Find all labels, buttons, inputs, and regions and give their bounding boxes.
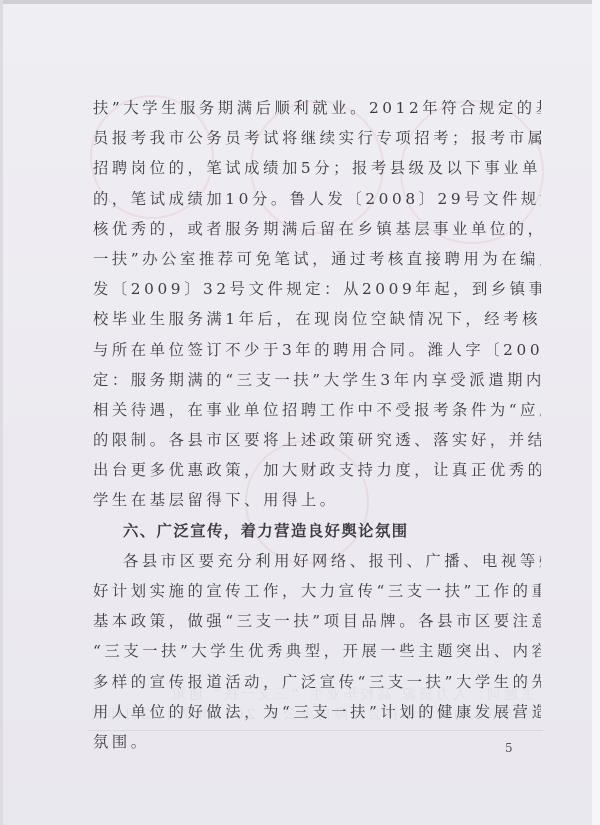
paragraph-line: 相关待遇，在事业单位招聘工作中不受报考条件为“应届毕业生” — [93, 395, 541, 425]
paragraph-line: 一扶”办公室推荐可免笔试，通过考核直接聘用为在编人员。鲁人 — [93, 244, 541, 274]
paragraph-line: “三支一扶”大学生优秀典型，开展一些主题突出、内容丰富、形式 — [93, 636, 541, 666]
document-page: 主题词：人力资源 高校毕业生 “三支一扶” 通知 潍坊市人力资源和社会保障局办公… — [0, 0, 600, 825]
paragraph-line: 员报考我市公务员考试将继续实行专项招考；报考市属事业单位 — [93, 123, 541, 153]
paragraph-line: 与所在单位签订不少于3年的聘用合同。潍人字〔2008〕152号规 — [93, 335, 541, 365]
paragraph-line: 好计划实施的宣传工作，大力宣传“三支一扶”工作的重要意义和 — [93, 576, 541, 606]
paragraph-line: 用人单位的好做法，为“三支一扶”计划的健康发展营造良好舆论 — [93, 697, 541, 727]
section-heading: 六、广泛宣传，着力营造良好舆论氛围 — [93, 516, 541, 546]
scan-edge-top — [0, 0, 600, 4]
paragraph-line: 多样的宣传报道活动，广泛宣传“三支一扶”大学生的先进事迹和 — [93, 667, 541, 697]
paragraph-line: 氛围。 — [93, 727, 541, 757]
paragraph-line: 的限制。各县市区要将上述政策研究透、落实好，并结合自身实际 — [93, 425, 541, 455]
paragraph-line: 各县市区要充分利用好网络、报刊、广播、电视等媒体，继续做 — [93, 546, 541, 576]
bottom-rule — [88, 730, 543, 731]
paragraph-line: 发〔2009〕32号文件规定：从2009年起，到乡镇事业单位服务的高 — [93, 274, 541, 304]
paragraph-line: 的，笔试成绩加10分。鲁人发〔2008〕29号文件规定：连续两年考 — [93, 184, 541, 214]
paragraph-line: 校毕业生服务满1年后，在现岗位空缺情况下，经考核合格，即可 — [93, 304, 541, 334]
paragraph-line: 出台更多优惠政策，加大财政支持力度，让真正优秀的“三支一扶” — [93, 455, 541, 485]
paragraph-line: 定：服务期满的“三支一扶”大学生3年内享受派遣期内毕业生的 — [93, 365, 541, 395]
paragraph-line: 基本政策，做强“三支一扶”项目品牌。各县市区要注意发现总结 — [93, 606, 541, 636]
scan-edge-left — [0, 0, 3, 825]
paragraph-line: 招聘岗位的，笔试成绩加5分；报考县级及以下事业单位招聘岗位 — [93, 153, 541, 183]
paragraph-line: 核优秀的，或者服务期满后留在乡镇基层事业单位的，经县“三支 — [93, 214, 541, 244]
document-body: 扶”大学生服务期满后顺利就业。2012年符合规定的基层项目人 员报考我市公务员考… — [93, 93, 541, 757]
paragraph-line: 扶”大学生服务期满后顺利就业。2012年符合规定的基层项目人 — [93, 93, 541, 123]
page-number: 5 — [505, 741, 513, 755]
paragraph-line: 学生在基层留得下、用得上。 — [93, 485, 541, 515]
scan-edge-right — [592, 0, 600, 825]
